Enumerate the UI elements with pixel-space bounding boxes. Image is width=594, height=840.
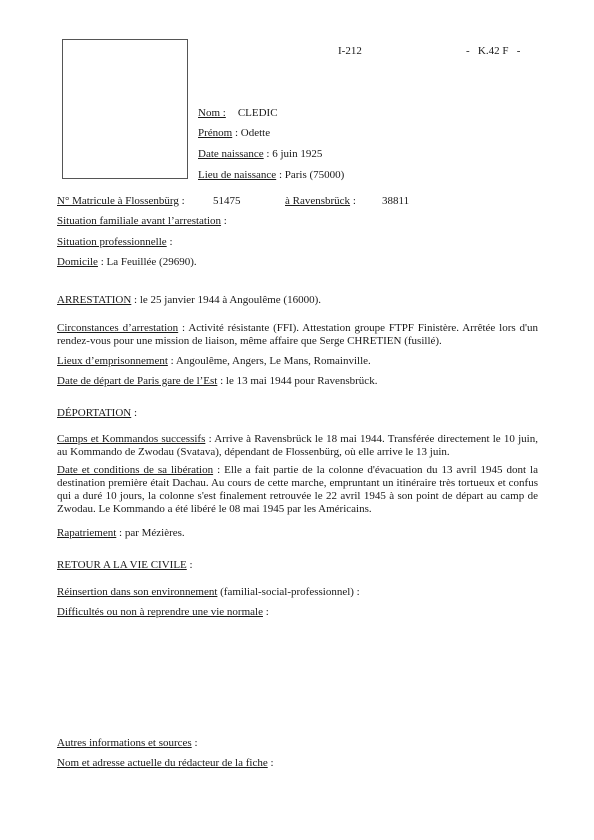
retour-heading-sep: : [187,559,193,571]
field-domicile: Domicile : La Feuillée (29690). [57,256,197,269]
matricule-flossenburg-value: 51475 [213,195,241,208]
rapatriement-value: : par Mézières. [116,527,184,539]
date-naissance-label: Date naissance [198,148,264,160]
field-reinsertion: Réinsertion dans son environnement (fami… [57,586,360,599]
lieu-naissance-label: Lieu de naissance [198,169,276,181]
matricule-ravensbruck-value: 38811 [382,195,409,208]
matricule-flossenburg-sep: : [179,195,185,207]
section-deportation: DÉPORTATION : [57,407,137,420]
redacteur-label: Nom et adresse actuelle du rédacteur de … [57,757,268,769]
situation-familiale-label: Situation familiale avant l’arrestation [57,215,221,227]
field-date-depart: Date de départ de Paris gare de l’Est : … [57,375,377,388]
section-retour: RETOUR A LA VIE CIVILE : [57,559,193,572]
deportation-heading: DÉPORTATION [57,407,131,419]
field-camps-kommandos: Camps et Kommandos successifs : Arrive à… [57,433,538,459]
matricule-ravensbruck-sep: : [350,195,356,207]
camps-label: Camps et Kommandos successifs [57,433,205,445]
field-situation-professionnelle: Situation professionnelle : [57,236,173,249]
matricule-ravensbruck: à Ravensbrück : [285,195,356,208]
section-arrestation: ARRESTATION : le 25 janvier 1944 à Angou… [57,294,321,307]
date-depart-label: Date de départ de Paris gare de l’Est [57,375,217,387]
domicile-label: Domicile [57,256,98,268]
field-autres-informations: Autres informations et sources : [57,737,198,750]
autres-value: : [192,737,198,749]
situation-professionnelle-value: : [167,236,173,248]
arrestation-heading: ARRESTATION [57,294,131,306]
reinsertion-value: (familial-social-professionnel) : [217,586,359,598]
field-liberation: Date et conditions de sa libération : El… [57,464,538,516]
nom-label: Nom : [198,107,226,119]
field-redacteur: Nom et adresse actuelle du rédacteur de … [57,757,274,770]
file-code: - K.42 F - [466,45,520,58]
autres-label: Autres informations et sources [57,737,192,749]
field-lieux-emprisonnement: Lieux d’emprisonnement : Angoulême, Ange… [57,355,371,368]
situation-familiale-value: : [221,215,227,227]
field-circonstances: Circonstances d’arrestation : Activité r… [57,322,538,348]
field-date-naissance: Date naissance : 6 juin 1925 [198,148,322,161]
nom-value: CLEDIC [238,107,278,119]
date-naissance-value: : 6 juin 1925 [264,148,323,160]
arrestation-value: : le 25 janvier 1944 à Angoulême (16000)… [131,294,321,306]
redacteur-value: : [268,757,274,769]
deportation-heading-sep: : [131,407,137,419]
reinsertion-label: Réinsertion dans son environnement [57,586,217,598]
circonstances-label: Circonstances d’arrestation [57,322,178,334]
field-difficultes: Difficultés ou non à reprendre une vie n… [57,606,269,619]
retour-heading: RETOUR A LA VIE CIVILE [57,559,187,571]
prenom-label: Prénom [198,127,232,139]
domicile-value: : La Feuillée (29690). [98,256,197,268]
prenom-value: : Odette [232,127,270,139]
matricule-flossenburg-label: N° Matricule à Flossenbürg [57,195,179,207]
date-depart-value: : le 13 mai 1944 pour Ravensbrück. [217,375,377,387]
liberation-label: Date et conditions de sa libération [57,464,213,476]
lieux-emprisonnement-value: : Angoulême, Angers, Le Mans, Romainvill… [168,355,371,367]
photo-placeholder [62,39,188,179]
field-lieu-naissance: Lieu de naissance : Paris (75000) [198,169,344,182]
reference-id: I-212 [338,45,362,58]
matricule-flossenburg: N° Matricule à Flossenbürg : [57,195,185,208]
matricule-ravensbruck-label: à Ravensbrück [285,195,350,207]
difficultes-value: : [263,606,269,618]
field-nom: Nom :CLEDIC [198,107,278,120]
situation-professionnelle-label: Situation professionnelle [57,236,167,248]
lieux-emprisonnement-label: Lieux d’emprisonnement [57,355,168,367]
field-prenom: Prénom : Odette [198,127,270,140]
difficultes-label: Difficultés ou non à reprendre une vie n… [57,606,263,618]
field-rapatriement: Rapatriement : par Mézières. [57,527,185,540]
rapatriement-label: Rapatriement [57,527,116,539]
lieu-naissance-value: : Paris (75000) [276,169,344,181]
field-situation-familiale: Situation familiale avant l’arrestation … [57,215,227,228]
